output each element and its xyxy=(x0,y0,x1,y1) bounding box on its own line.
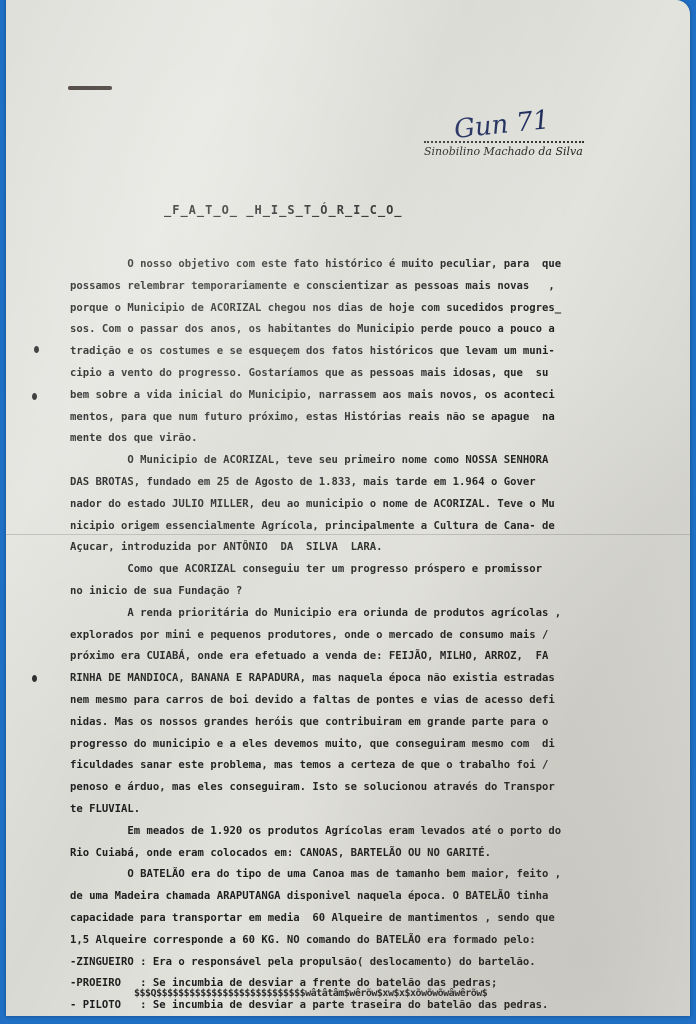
text-line: explorados por mini e pequenos produtore… xyxy=(70,625,630,647)
text-line: nidas. Mas os nossos grandes heróis que … xyxy=(70,712,630,734)
punch-hole-icon xyxy=(32,393,37,400)
staple-icon xyxy=(68,86,112,90)
text-line: mente dos que virão. xyxy=(70,428,630,450)
signature-line xyxy=(424,141,584,143)
signature: Gun 71 xyxy=(453,105,551,145)
signatory-name: Sinobilino Machado da Silva xyxy=(424,145,583,158)
document-body: O nosso objetivo com este fato histórico… xyxy=(70,254,630,1016)
text-line: ficuldades sanar este problema, mas temo… xyxy=(70,755,630,777)
punch-hole-icon xyxy=(34,346,39,353)
text-line: sos. Com o passar dos anos, os habitante… xyxy=(70,319,630,341)
text-line: te FLUVIAL. xyxy=(70,799,630,821)
text-line: de uma Madeira chamada ARAPUTANGA dispon… xyxy=(70,886,630,908)
text-line: no inicio de sua Fundação ? xyxy=(70,581,630,603)
text-line: 1,5 Alqueire corresponde a 60 KG. NO com… xyxy=(70,930,630,952)
text-line: mentos, para que num futuro próximo, est… xyxy=(70,407,630,429)
text-line: Como que ACORIZAL conseguiu ter um progr… xyxy=(70,559,630,581)
text-line: Rio Cuiabá, onde eram colocados em: CANO… xyxy=(70,843,630,865)
text-line: porque o Municipio de ACORIZAL chegou no… xyxy=(70,298,630,320)
text-line: O BATELÃO era do tipo de uma Canoa mas d… xyxy=(70,864,630,886)
text-line: tradição e os costumes e se esqueçem dos… xyxy=(70,341,630,363)
text-line: penoso e árduo, mas eles conseguiram. Is… xyxy=(70,777,630,799)
punch-hole-icon xyxy=(32,675,37,682)
text-line: cipio a vento do progresso. Gostaríamos … xyxy=(70,363,630,385)
text-line: capacidade para transportar em media 60 … xyxy=(70,908,630,930)
text-line: nicipio origem essencialmente Agrícola, … xyxy=(70,516,630,538)
text-line: nador do estado JULIO MILLER, deu ao mun… xyxy=(70,494,630,516)
text-line: bem sobre a vida inicial do Municipio, n… xyxy=(70,385,630,407)
text-line: Açucar, introduzida por ANTÔNIO DA SILVA… xyxy=(70,537,630,559)
text-line: nem mesmo para carros de boi devido a fa… xyxy=(70,690,630,712)
typewriter-strikeout-mark: $$$Q$$$$$$$$$$$$$$$$$$$$$$$$$$$wâtâtâm$w… xyxy=(134,988,487,999)
text-line: possamos relembrar temporariamente e con… xyxy=(70,276,630,298)
text-line: Em meados de 1.920 os produtos Agrícolas… xyxy=(70,821,630,843)
document-page: Gun 71 Sinobilino Machado da Silva _F_A_… xyxy=(6,0,690,1016)
text-line: A renda prioritária do Municipio era ori… xyxy=(70,603,630,625)
text-line: DAS BROTAS, fundado em 25 de Agosto de 1… xyxy=(70,472,630,494)
text-line: próximo era CUIABÁ, onde era efetuado a … xyxy=(70,646,630,668)
text-line: -ZINGUEIRO : Era o responsável pela prop… xyxy=(70,952,630,974)
page-title: _F_A_T_O_ _H_I_S_T_Ó_R_I_C_O_ xyxy=(164,203,403,217)
text-line: RINHA DE MANDIOCA, BANANA E RAPADURA, ma… xyxy=(70,668,630,690)
text-line: O Municipio de ACORIZAL, teve seu primei… xyxy=(70,450,630,472)
text-line: O nosso objetivo com este fato histórico… xyxy=(70,254,630,276)
text-line: progresso do municipio e a eles devemos … xyxy=(70,734,630,756)
